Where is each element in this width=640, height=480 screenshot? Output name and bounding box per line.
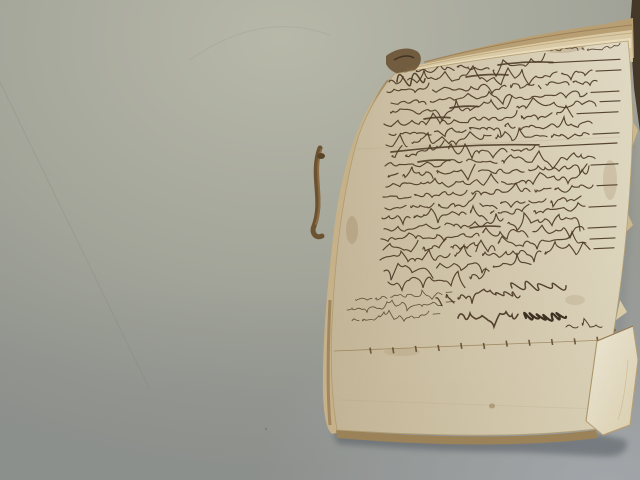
stain-5	[489, 404, 495, 409]
stitch-mark	[461, 343, 462, 349]
stitch-mark	[438, 345, 439, 351]
stain-4	[346, 216, 358, 244]
stain-6	[565, 295, 585, 305]
stain-3	[603, 160, 617, 200]
stitch-mark	[552, 339, 553, 345]
photo-of-manuscript	[0, 0, 640, 480]
stitch-mark	[484, 343, 485, 349]
stitch-mark	[529, 340, 530, 346]
stitch-mark	[574, 338, 575, 344]
stitch-mark	[370, 348, 371, 354]
stitch-mark	[506, 341, 507, 347]
stitch-mark	[393, 347, 394, 353]
stitch-mark	[415, 346, 416, 352]
stain-7	[384, 348, 420, 356]
screenshot-root	[0, 0, 640, 480]
